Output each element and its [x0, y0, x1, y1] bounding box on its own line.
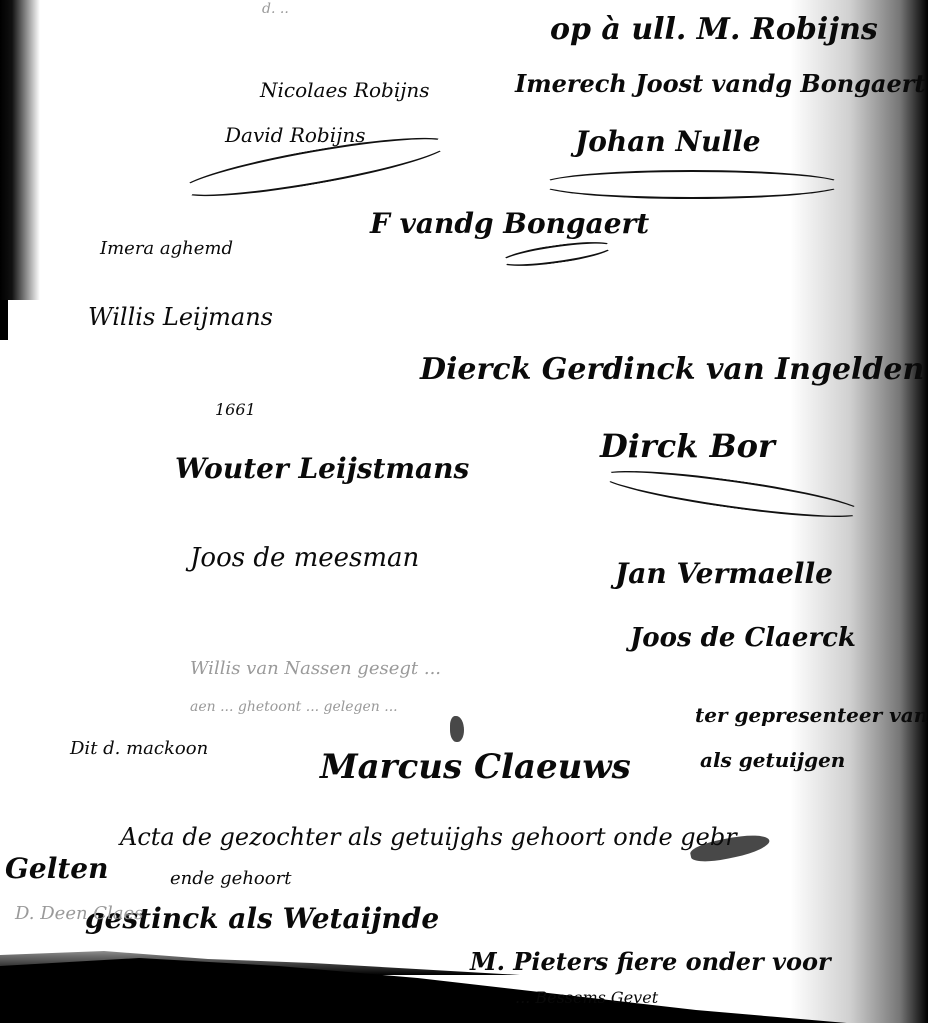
faded-line: Willis van Nassen gesegt ...	[190, 660, 441, 678]
signature-pieters: M. Pieters fiere onder voor	[470, 950, 831, 974]
handwritten-line: Imera aghemd	[100, 240, 233, 258]
signature-joos-de-claerck: Joos de Claerck	[630, 625, 856, 651]
handwritten-line: ende gehoort	[170, 870, 291, 888]
signature-robijns: op à ull. M. Robijns	[550, 15, 878, 45]
manuscript-page: d. .. op à ull. M. Robijns Nicolaes Robi…	[0, 0, 928, 1023]
handwritten-line: als getuijgen	[700, 750, 845, 770]
faded-line: D. Deen Claes	[15, 905, 143, 923]
flourish-decoration	[599, 462, 864, 526]
faded-line: aen ... ghetoont ... gelegen ...	[190, 700, 398, 714]
flourish-decoration	[540, 170, 844, 199]
signature-wouter-leijstmans: Wouter Leijstmans	[175, 455, 469, 483]
flourish-decoration	[499, 237, 614, 271]
handwritten-line: d. ..	[262, 2, 289, 16]
handwritten-line: Dit d. mackoon	[70, 740, 208, 758]
signature-marcus-claeuws: Marcus Claeuws	[320, 750, 631, 784]
year-note: 1661	[215, 402, 256, 418]
attestation-line: Acta de gezochter als getuijghs gehoort …	[120, 825, 737, 849]
signature-david-robijns: David Robijns	[225, 125, 365, 145]
binding-shadow-left	[0, 0, 40, 300]
signature-vanden-bongaert: F vandg Bongaert	[370, 210, 649, 238]
signature-dirck-bor: Dirck Bor	[600, 430, 775, 462]
handwritten-line: ... Bessems Gevet	[515, 990, 658, 1006]
signature-dierck-van-ingelden: Dierck Gerdinck van Ingelden	[420, 355, 924, 385]
signature-jan-vermaelle: Jan Vermaelle	[615, 560, 833, 588]
binding-shadow-left-lower	[0, 300, 8, 340]
handwritten-line: ter gepresenteer van	[695, 705, 928, 725]
signature-johan-nulle: Johan Nulle	[575, 128, 761, 156]
ink-blot	[450, 716, 464, 742]
signature-nicolaes-robijns: Nicolaes Robijns	[260, 80, 430, 100]
signature-joost-vanden-bongaert: Imerech Joost vandg Bongaert	[515, 72, 925, 96]
signature-willis-leijmans: Willis Leijmans	[88, 305, 273, 329]
signature-joos-de-meesman: Joos de meesman	[190, 545, 419, 571]
handwritten-line: Gelten	[5, 855, 108, 883]
